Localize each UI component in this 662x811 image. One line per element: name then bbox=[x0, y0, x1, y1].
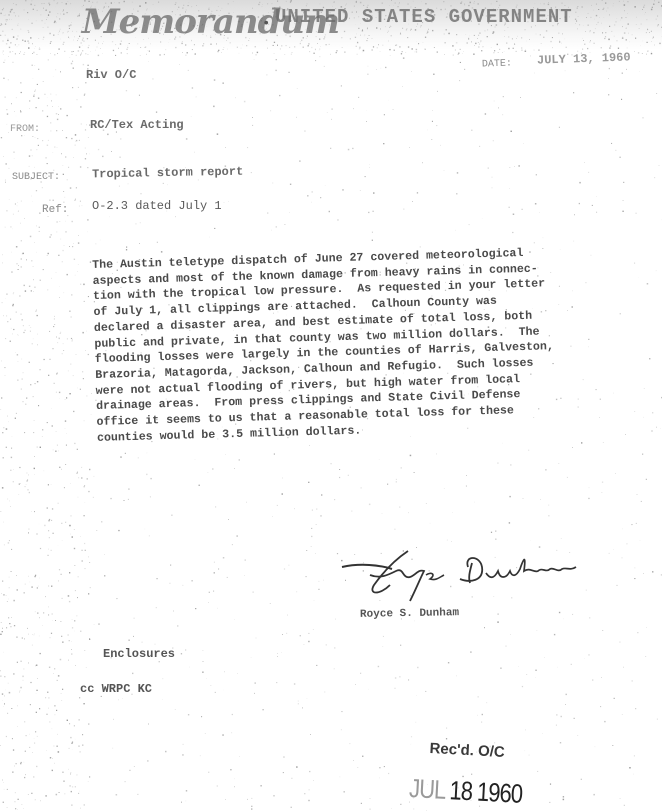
subject-value: Tropical storm report bbox=[92, 165, 243, 182]
government-letterhead: UNITED STATES GOVERNMENT bbox=[275, 6, 573, 28]
from-label: FROM: bbox=[10, 124, 40, 135]
ref-label: Ref: bbox=[42, 204, 68, 216]
header-separator: • bbox=[262, 16, 270, 32]
received-stamp-date: JUL 18 1960 bbox=[408, 773, 522, 810]
handwritten-signature bbox=[340, 545, 580, 605]
ref-value: O-2.3 dated July 1 bbox=[92, 199, 222, 213]
to-value: Riv O/C bbox=[86, 68, 136, 82]
typed-signer-name: Royce S. Dunham bbox=[360, 607, 459, 621]
from-value: RC/Tex Acting bbox=[90, 118, 184, 132]
received-stamp-month: JUL bbox=[408, 773, 445, 805]
received-stamp-label: Rec'd. O/C bbox=[429, 740, 505, 761]
date-value: JULY 13, 1960 bbox=[537, 50, 631, 67]
date-label: DATE: bbox=[482, 58, 512, 70]
subject-label: SUBJECT: bbox=[12, 172, 60, 183]
enclosures-note: Enclosures bbox=[103, 647, 175, 661]
carbon-copy-line: cc WRPC KC bbox=[80, 682, 152, 696]
received-stamp-day-year: 18 1960 bbox=[449, 775, 523, 809]
memo-body: The Austin teletype dispatch of June 27 … bbox=[92, 242, 657, 446]
